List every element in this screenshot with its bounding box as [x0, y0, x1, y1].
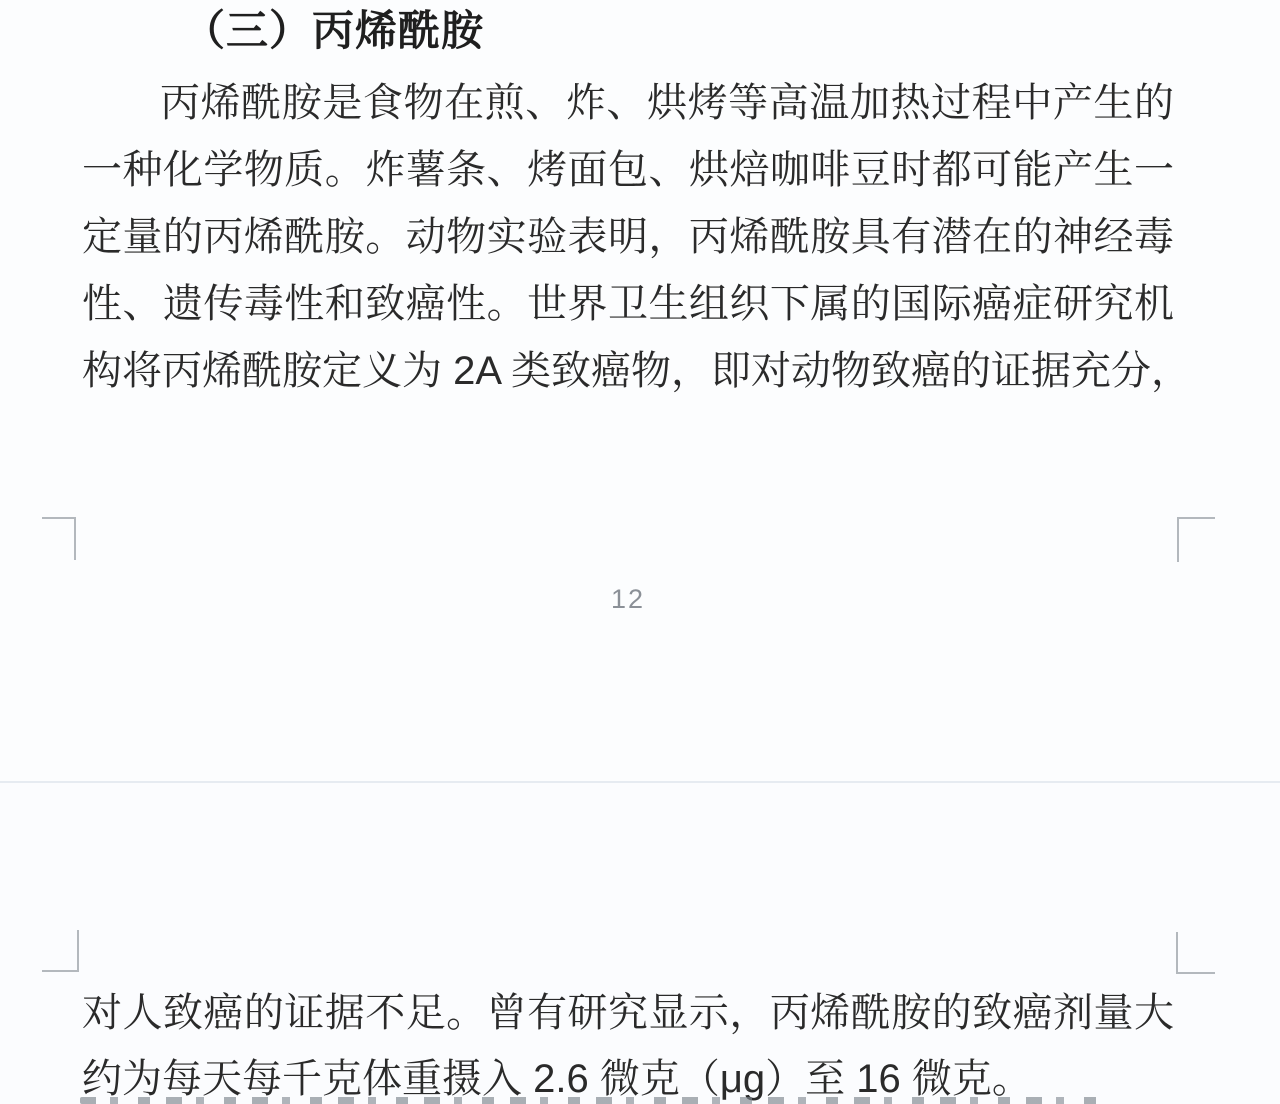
document-viewer: （三）丙烯酰胺 丙烯酰胺是食物在煎、炸、烘烤等高温加热过程中产生的 一种化学物质…	[0, 0, 1280, 1104]
document-page-1: （三）丙烯酰胺 丙烯酰胺是食物在煎、炸、烘烤等高温加热过程中产生的 一种化学物质…	[0, 0, 1280, 783]
document-page-2: 对人致癌的证据不足。曾有研究显示，丙烯酰胺的致癌剂量大 约为每天每千克体重摄入 …	[0, 783, 1280, 1104]
paragraph-2: 对人致癌的证据不足。曾有研究显示，丙烯酰胺的致癌剂量大 约为每天每千克体重摄入 …	[82, 980, 1174, 1104]
page-number: 12	[0, 584, 1256, 615]
section-heading: （三）丙烯酰胺	[183, 4, 484, 58]
margin-corner-mark-top-right	[1176, 932, 1215, 974]
margin-corner-mark-bottom-left	[42, 517, 76, 560]
margin-corner-mark-top-left	[42, 930, 79, 972]
text-line: 约为每天每千克体重摄入 2.6 微克（μg）至 16 微克。	[82, 1046, 1174, 1104]
text-line: 性、遗传毒性和致癌性。世界卫生组织下属的国际癌症研究机	[82, 271, 1174, 338]
margin-corner-mark-bottom-right	[1177, 517, 1215, 562]
text-line: 定量的丙烯酰胺。动物实验表明，丙烯酰胺具有潜在的神经毒	[82, 204, 1174, 271]
text-line: 对人致癌的证据不足。曾有研究显示，丙烯酰胺的致癌剂量大	[82, 980, 1174, 1046]
text-line: 一种化学物质。炸薯条、烤面包、烘焙咖啡豆时都可能产生一	[82, 137, 1174, 204]
clipped-text-bottom-edge	[80, 1097, 1110, 1104]
text-line: 构将丙烯酰胺定义为 2A 类致癌物，即对动物致癌的证据充分，	[82, 338, 1174, 405]
paragraph-1: 丙烯酰胺是食物在煎、炸、烘烤等高温加热过程中产生的 一种化学物质。炸薯条、烤面包…	[82, 70, 1174, 405]
text-line: 丙烯酰胺是食物在煎、炸、烘烤等高温加热过程中产生的	[82, 70, 1174, 137]
